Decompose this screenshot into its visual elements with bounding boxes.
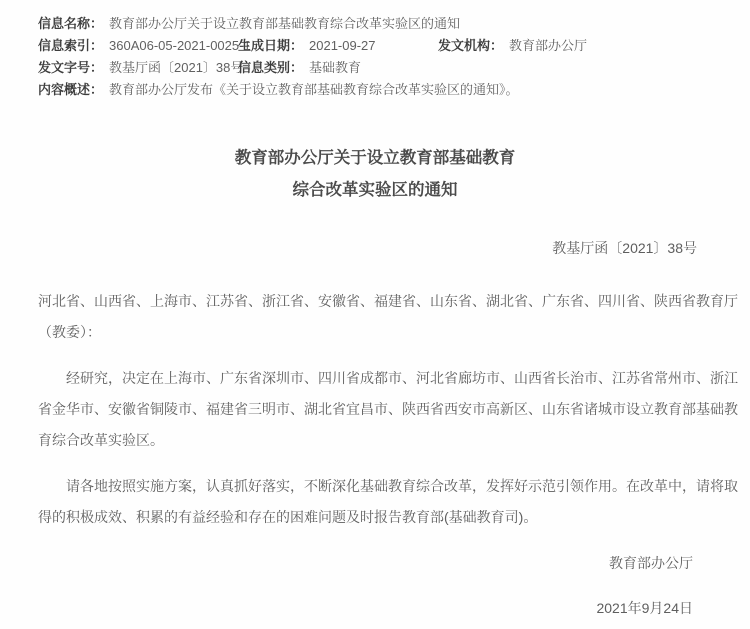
meta-row-index-date-agency: 信息索引：360A06-05-2021-0025-1 生成日期：2021-09-… <box>38 35 740 57</box>
meta-pair: 内容概述：教育部办公厅发布《关于设立教育部基础教育综合改革实验区的通知》。 <box>38 79 519 101</box>
meta-value-doc-number: 教基厅函〔2021〕38号 <box>109 60 243 75</box>
meta-pair: 信息类别：基础教育 <box>238 57 361 79</box>
meta-label-summary: 内容概述： <box>38 82 109 97</box>
meta-row-summary: 内容概述：教育部办公厅发布《关于设立教育部基础教育综合改革实验区的通知》。 <box>38 79 740 101</box>
document-date: 2021年9月24日 <box>38 596 740 620</box>
meta-pair: 信息名称：教育部办公厅关于设立教育部基础教育综合改革实验区的通知 <box>38 13 460 35</box>
document-page: 信息名称：教育部办公厅关于设立教育部基础教育综合改革实验区的通知 信息索引：36… <box>0 0 750 620</box>
meta-pair: 发文机构：教育部办公厅 <box>438 35 587 57</box>
signature: 教育部办公厅 <box>38 551 740 575</box>
meta-label-info-name: 信息名称： <box>38 16 109 31</box>
meta-value-info-name: 教育部办公厅关于设立教育部基础教育综合改革实验区的通知 <box>109 16 460 31</box>
body-paragraph-2: 请各地按照实施方案，认真抓好落实，不断深化基础教育综合改革，发挥好示范引领作用。… <box>38 471 740 533</box>
meta-label-index: 信息索引： <box>38 38 109 53</box>
meta-label-generated-date: 生成日期： <box>238 38 309 53</box>
meta-value-generated-date: 2021-09-27 <box>309 38 376 53</box>
body-paragraph-1: 经研究，决定在上海市、广东省深圳市、四川省成都市、河北省廊坊市、山西省长治市、江… <box>38 363 740 456</box>
meta-value-issuing-agency: 教育部办公厅 <box>509 38 587 53</box>
meta-value-category: 基础教育 <box>309 60 361 75</box>
document-title-line1: 教育部办公厅关于设立教育部基础教育 <box>0 142 750 174</box>
meta-label-doc-number: 发文字号： <box>38 60 109 75</box>
meta-row-title: 信息名称：教育部办公厅关于设立教育部基础教育综合改革实验区的通知 <box>38 13 740 35</box>
meta-row-docnum-category: 发文字号：教基厅函〔2021〕38号 信息类别：基础教育 <box>38 57 740 79</box>
meta-value-index: 360A06-05-2021-0025-1 <box>109 38 251 53</box>
metadata-block: 信息名称：教育部办公厅关于设立教育部基础教育综合改革实验区的通知 信息索引：36… <box>38 13 740 101</box>
page: { "colors": { "background": "#fefefe", "… <box>0 0 750 629</box>
meta-label-category: 信息类别： <box>238 60 309 75</box>
meta-pair: 生成日期：2021-09-27 <box>238 35 438 57</box>
document-title-line2: 综合改革实验区的通知 <box>0 174 750 206</box>
meta-pair: 信息索引：360A06-05-2021-0025-1 <box>38 35 238 57</box>
salutation: 河北省、山西省、上海市、江苏省、浙江省、安徽省、福建省、山东省、湖北省、广东省、… <box>38 286 740 348</box>
meta-pair: 发文字号：教基厅函〔2021〕38号 <box>38 57 238 79</box>
meta-label-issuing-agency: 发文机构： <box>438 38 509 53</box>
document-number: 教基厅函〔2021〕38号 <box>38 236 740 260</box>
document-title: 教育部办公厅关于设立教育部基础教育 综合改革实验区的通知 <box>0 142 750 206</box>
meta-value-summary: 教育部办公厅发布《关于设立教育部基础教育综合改革实验区的通知》。 <box>109 82 519 97</box>
